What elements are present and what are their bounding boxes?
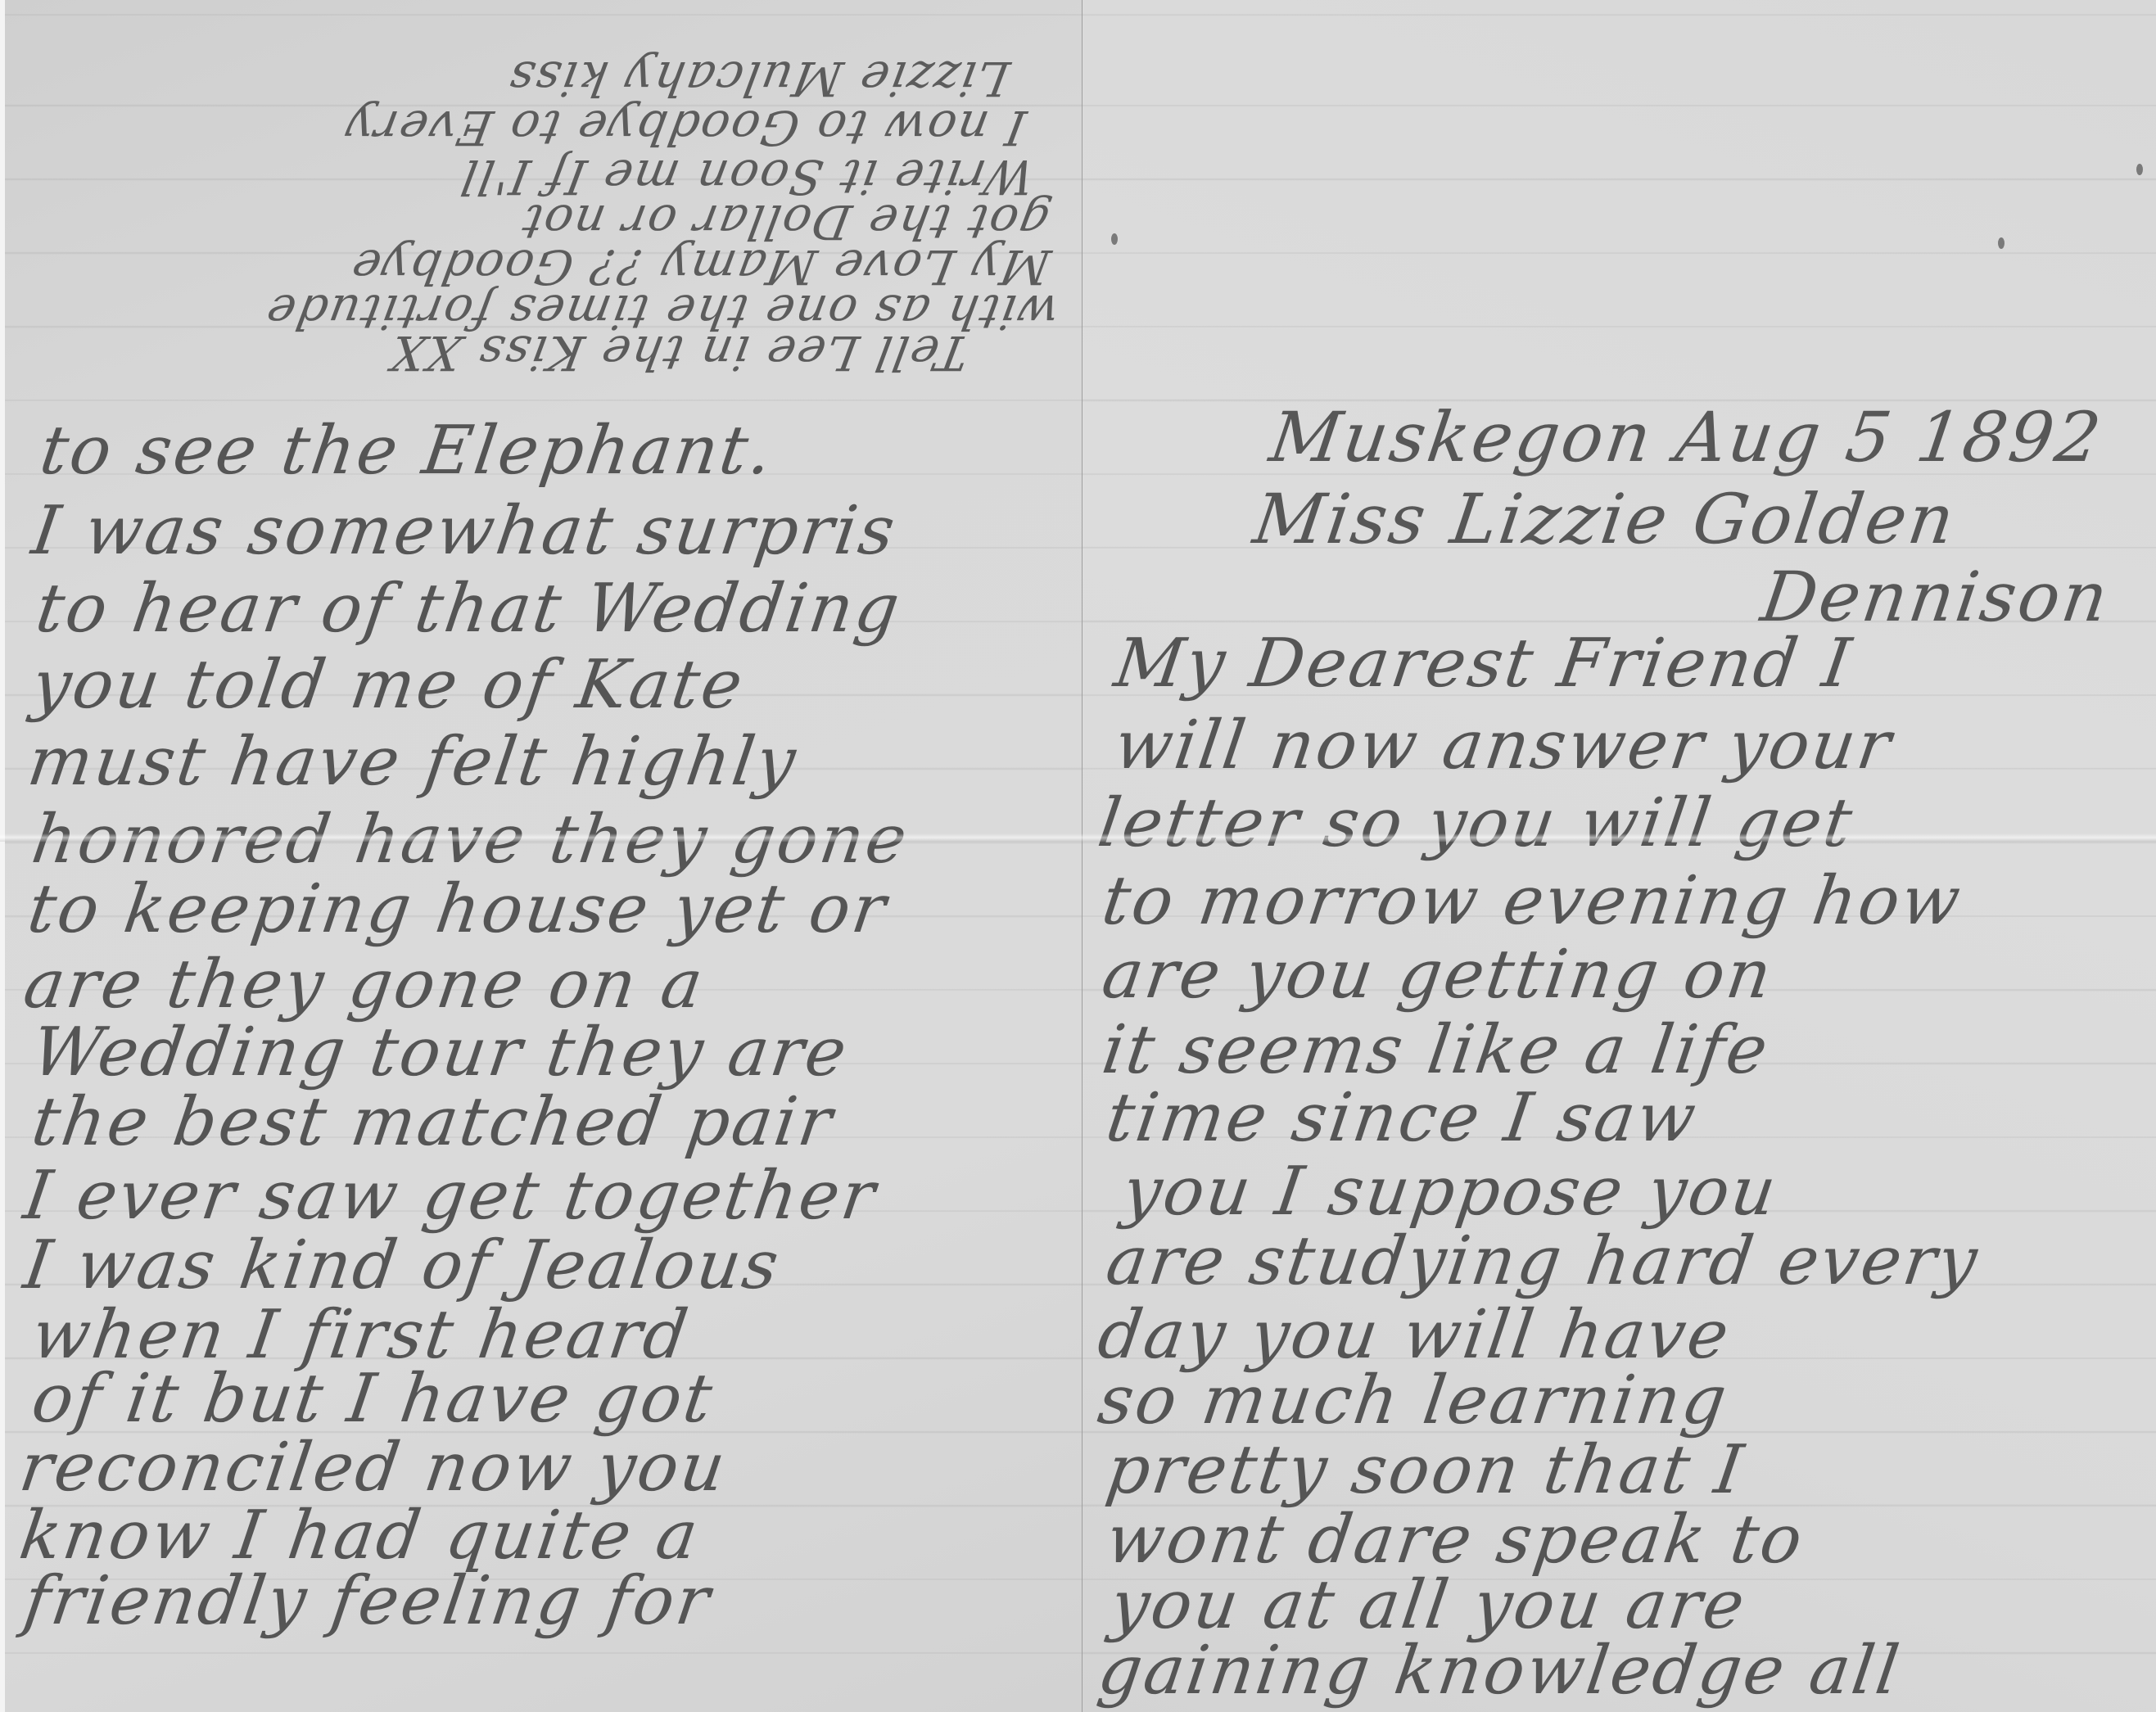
letter-line: when I first heard [28, 1302, 694, 1369]
letter-line: you at all you are [1106, 1572, 1751, 1639]
letter-line: wont dare speak to [1102, 1506, 1808, 1574]
letter-line: of it but I have got [28, 1366, 718, 1433]
place-date: Muskegon Aug 5 1892 [1265, 397, 2108, 477]
postscript-line: I now to Goodbye to Every [340, 100, 1030, 156]
letter-line: I was somewhat surpris [28, 498, 901, 565]
letter-line: gaining knowledge all [1094, 1637, 1905, 1705]
letter-line: so much learning [1094, 1367, 1733, 1434]
letter-line: to see the Elephant. [36, 418, 778, 485]
letter-line: time since I saw [1102, 1085, 1702, 1152]
paper-fold [0, 833, 2156, 842]
letter-line: you told me of Kate [28, 652, 748, 719]
ink-speck [1998, 237, 2005, 249]
letter-line: I was kind of Jealous [20, 1232, 784, 1299]
recipient-name: Miss Lizzie Golden [1249, 479, 1961, 559]
letter-line: will now answer your [1110, 712, 1896, 779]
letter-line: the best matched pair [28, 1089, 838, 1156]
postscript-line: Lizzie Mulcahy kiss [503, 51, 1014, 106]
letter-line: you I suppose you [1119, 1159, 1782, 1226]
letter-scan: Lizzie Mulcahy kiss I now to Goodbye to … [0, 0, 2156, 1712]
letter-line: pretty soon that I [1102, 1437, 1749, 1504]
right-page: Muskegon Aug 5 1892 Miss Lizzie Golden D… [1083, 0, 2156, 1712]
letter-line: must have felt highly [24, 729, 802, 796]
letter-line: I ever saw get together [20, 1163, 881, 1230]
ink-speck [2136, 164, 2143, 175]
letter-line: know I had quite a [16, 1502, 703, 1570]
letter-line: Wedding tour they are [28, 1019, 852, 1086]
letter-line: My Dearest Friend I [1110, 630, 1856, 698]
left-page: Lizzie Mulcahy kiss I now to Goodbye to … [0, 0, 1083, 1712]
letter-line: are they gone on a [20, 951, 708, 1019]
letter-line: are studying hard every [1102, 1228, 1983, 1295]
upside-down-postscript: Lizzie Mulcahy kiss I now to Goodbye to … [0, 0, 1083, 385]
ink-speck [1111, 233, 1118, 245]
letter-line: it seems like a life [1098, 1017, 1774, 1084]
letter-line: reconciled now you [16, 1434, 731, 1502]
letter-line: to hear of that Wedding [32, 576, 905, 643]
letter-line: to keeping house yet or [24, 876, 892, 943]
letter-line: letter so you will get [1094, 790, 1858, 857]
letter-line: friendly feeling for [20, 1568, 716, 1635]
postscript-line: Tell Lee in the Kiss XX [385, 325, 973, 381]
letter-line: to morrow evening how [1098, 868, 1966, 935]
letter-line: day you will have [1094, 1302, 1734, 1369]
letter-line: are you getting on [1098, 942, 1777, 1009]
